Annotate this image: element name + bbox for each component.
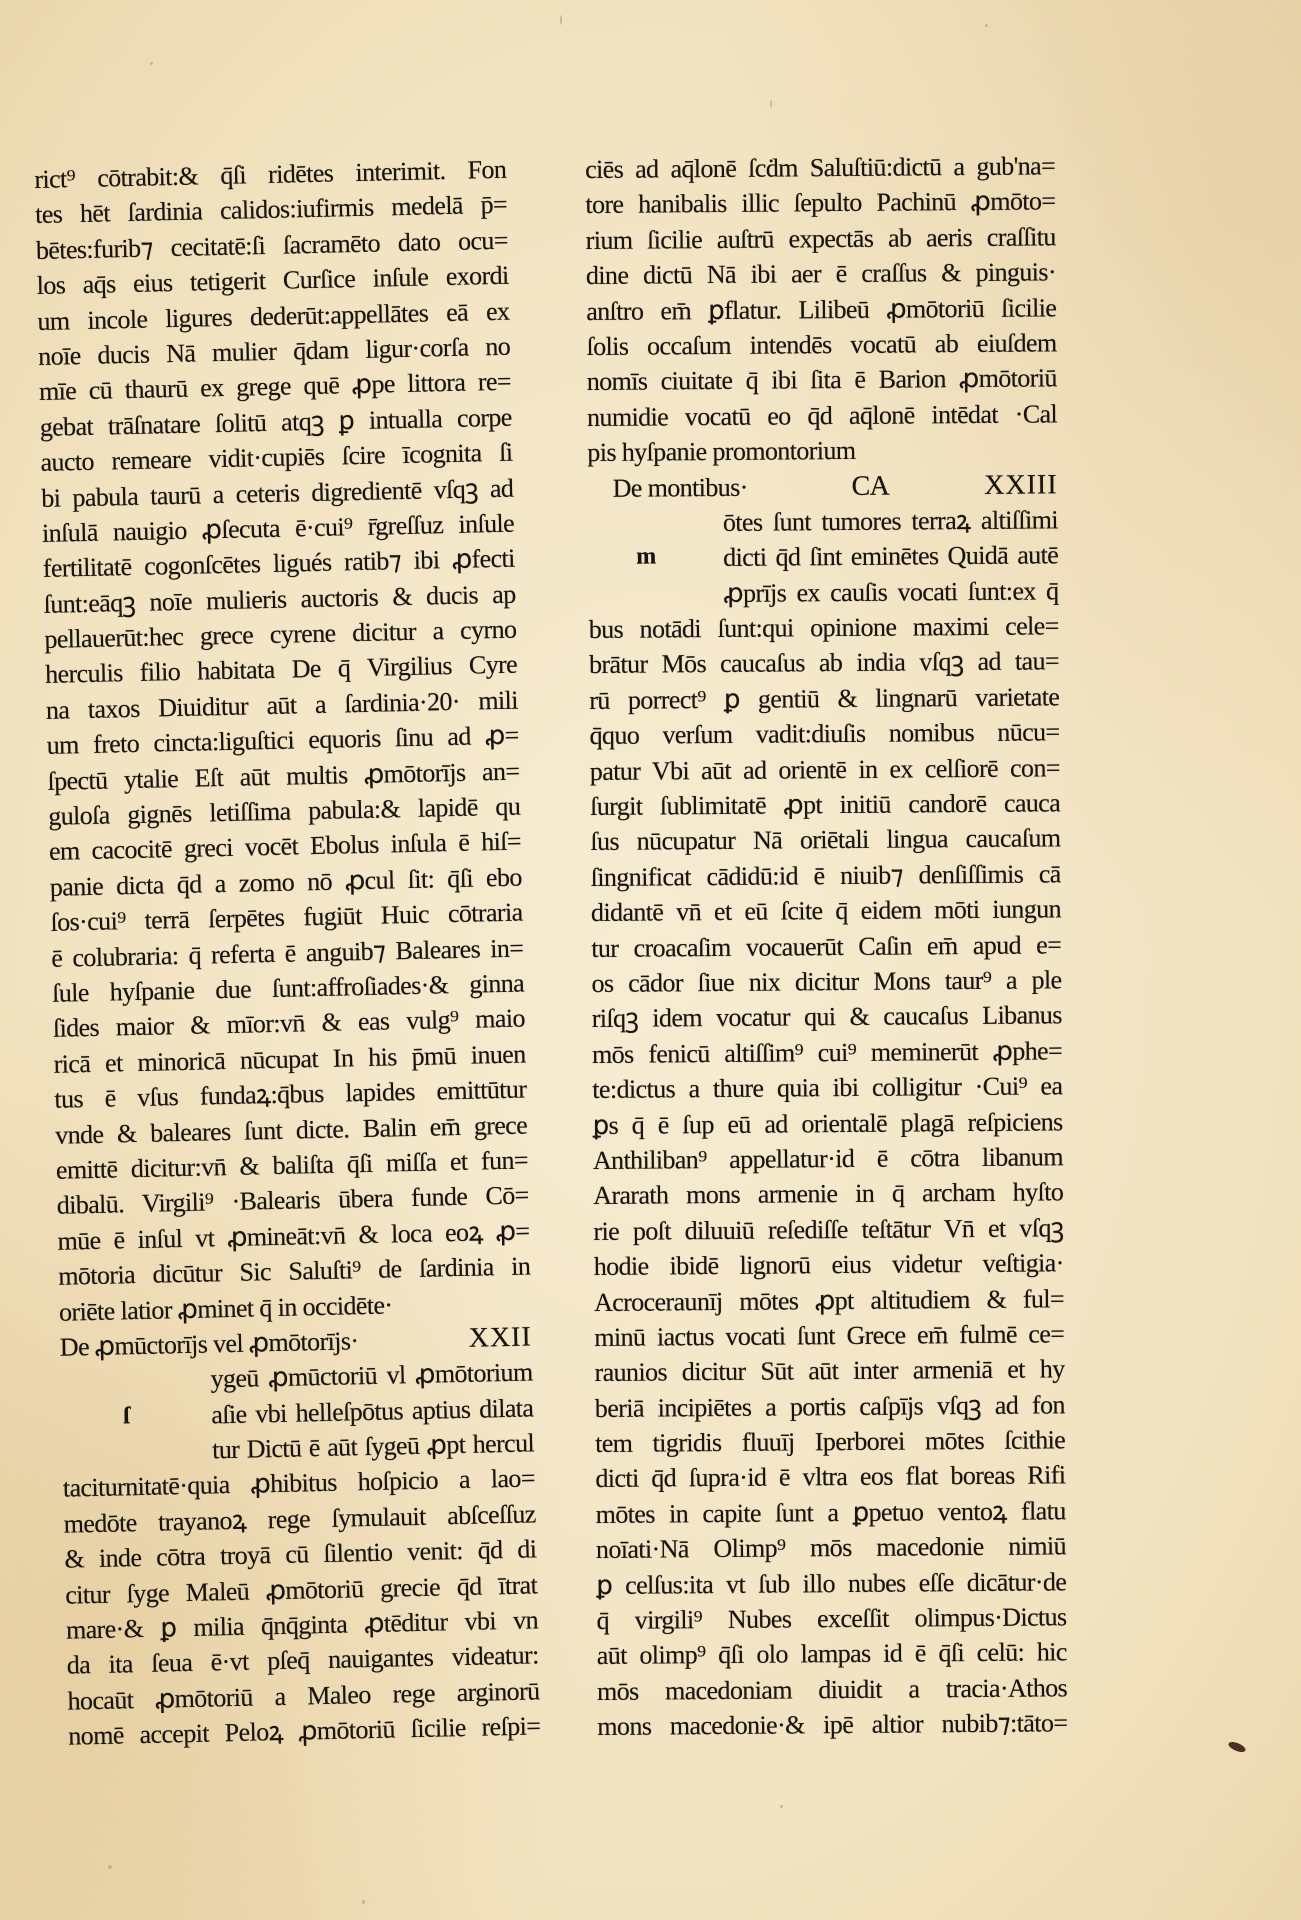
text-line: brātur Mōs caucaſus ab india vſqꝫ ad tau… [589,644,1059,683]
text-line: nomīs ciuitate q̄ ibi ſita ē Barion ꝓmōt… [587,361,1057,400]
chapter-abbrev: CA [851,468,889,504]
text-line: te:dictus a thure quia ibi colligitur ·C… [592,1068,1062,1107]
text-line: ōtes ſunt tumores terraꝝ altiſſimi [588,502,1058,541]
text-line: ꝑ celſus:ita vt ſub illo nubes eſſe dicā… [596,1564,1066,1603]
text-line: patur Vbi aūt ad orientē in ex celſiorē … [590,750,1060,789]
text-line: ſolis occaſum intendēs vocatū ab eiuſdem [586,325,1056,364]
right-text-column: ciēs ad aq̄lonē ſcḋm Saluſtiū:dictū a gu… [585,148,1067,1744]
text-line: riſqꝫ idem vocatur qui & caucaſus Libanu… [592,998,1062,1037]
drop-cap-block: m ōtes ſunt tumores terraꝝ altiſſimi dic… [588,502,1059,612]
text-line: mōs fenicū altiſſim⁹ cui⁹ meminerūt ꝓphe… [592,1033,1062,1072]
text-line: ſus nūcupatur Nā oriētali lingua caucaſu… [590,821,1060,860]
text-line: aūt olimp⁹ q̄ſi olo lampas id ē q̄ſi cel… [597,1635,1067,1674]
text-line: rū porrect⁹ ꝑ gentiū & lingnarū varietat… [589,679,1059,718]
paper-fleck [150,62,153,65]
text-line: dine dictū Nā ibi aer ē craſſus & pingui… [586,254,1056,293]
paper-fleck [560,15,562,25]
text-line: mōs macedoniam diuidit a tracia·Athos [597,1670,1067,1709]
text-line: rie poſt diluuiū reſediſſe teſtātur Vn̄ … [593,1210,1063,1249]
text-line: minū iactus vocati ſunt Grece em̄ fulmē … [594,1316,1064,1355]
text-line: hodie ibidē lignorū eius videtur veſtigi… [594,1245,1064,1284]
left-text-column: rict⁹ cōtrabit:& q̄ſi ridētes interimit.… [34,152,541,1754]
text-line: beriā incipiētes a portis caſpījs vſqꝫ a… [595,1387,1065,1426]
text-line: Acroceraunīj mōtes ꝓpt altitudiem & ful= [594,1281,1064,1320]
text-line: rium ſicilie auſtrū expectās ab aeris cr… [586,219,1056,258]
text-line: Ararath mons armenie in q̄ archam hyſto [593,1175,1063,1214]
paper-fleck [362,1900,365,1904]
drop-cap-block: ſ ygeū ꝓmūctoriū vl ꝓmōtorium aſie vbi h… [60,1355,534,1471]
text-line: pis hyſpanie promontorium [587,431,1057,470]
paper-fleck [985,24,988,27]
chapter-number: XXIII [984,467,1058,503]
chapter-number: XXII [468,1319,532,1356]
text-line: bus notādi ſunt:qui opinione maximi cele… [589,608,1059,647]
paper-fleck [780,1805,783,1808]
text-line: ſingnificat cādidū:id ē niuib⁊ denſiſſim… [591,856,1061,895]
paper-fleck [770,100,772,108]
text-line: dicti q̄d ſupra·id ē vltra eos flat bore… [595,1458,1065,1497]
text-line: q̄ virgili⁹ Nubes exceſſit olimpus·Dictu… [596,1599,1066,1638]
text-line: numidie vocatū eo q̄d aq̄lonē intēdat ·C… [587,396,1057,435]
text-line: os cādor ſiue nix dicitur Mons taur⁹ a p… [591,962,1061,1001]
text-line: anſtro em̄ ꝑflatur. Lilibeū ꝓmōtoriū ſic… [586,290,1056,329]
text-line: tem tigridis fluuīj Iperborei mōtes ſcit… [595,1422,1065,1461]
text-line: tur croacaſim vocauerūt Caſin em̄ apud e… [591,927,1061,966]
text-line: noīati·Nā Olimp⁹ mōs macedonie nimiū [596,1529,1066,1568]
text-line: dicti q̄d ſint eminētes Quidā autē [588,538,1058,577]
book-page: rict⁹ cōtrabit:& q̄ſi ridētes interimit.… [0,0,1301,1920]
paper-fleck [108,1865,112,1869]
text-line: ꝑs q̄ ē ſup eū ad orientalē plagā reſpic… [593,1104,1063,1143]
text-line: ciēs ad aq̄lonē ſcḋm Saluſtiū:dictū a gu… [585,148,1055,187]
text-line: didantē vn̄ et eū ſcite q̄ eidem mōti iu… [591,891,1061,930]
text-line: mons macedonie·& ipē altior nubib⁊:tāto= [597,1705,1067,1744]
text-line: ſurgit ſublimitatē ꝓpt initiū candorē ca… [590,785,1060,824]
text-line: ꝓprījs ex cauſis vocati ſunt:ex q̄ [588,573,1058,612]
text-line: raunios dicitur Sūt aūt inter armeniā et… [594,1352,1064,1391]
text-line: Anthiliban⁹ appellatur·id ē cōtra libanu… [593,1139,1063,1178]
chapter-heading: De montibus· CA XXIII [588,467,1058,506]
text-line: mōtes in capite ſunt a ꝑpetuo ventoꝝ fla… [596,1493,1066,1532]
chapter-title: De montibus· [613,469,748,505]
text-line: tore hanibalis illic ſepulto Pachinū ꝓmō… [585,184,1055,223]
text-line: q̄quo verſum vadit:diuſis nomibus nūcu= [589,715,1059,754]
ink-stain [1227,1739,1247,1755]
